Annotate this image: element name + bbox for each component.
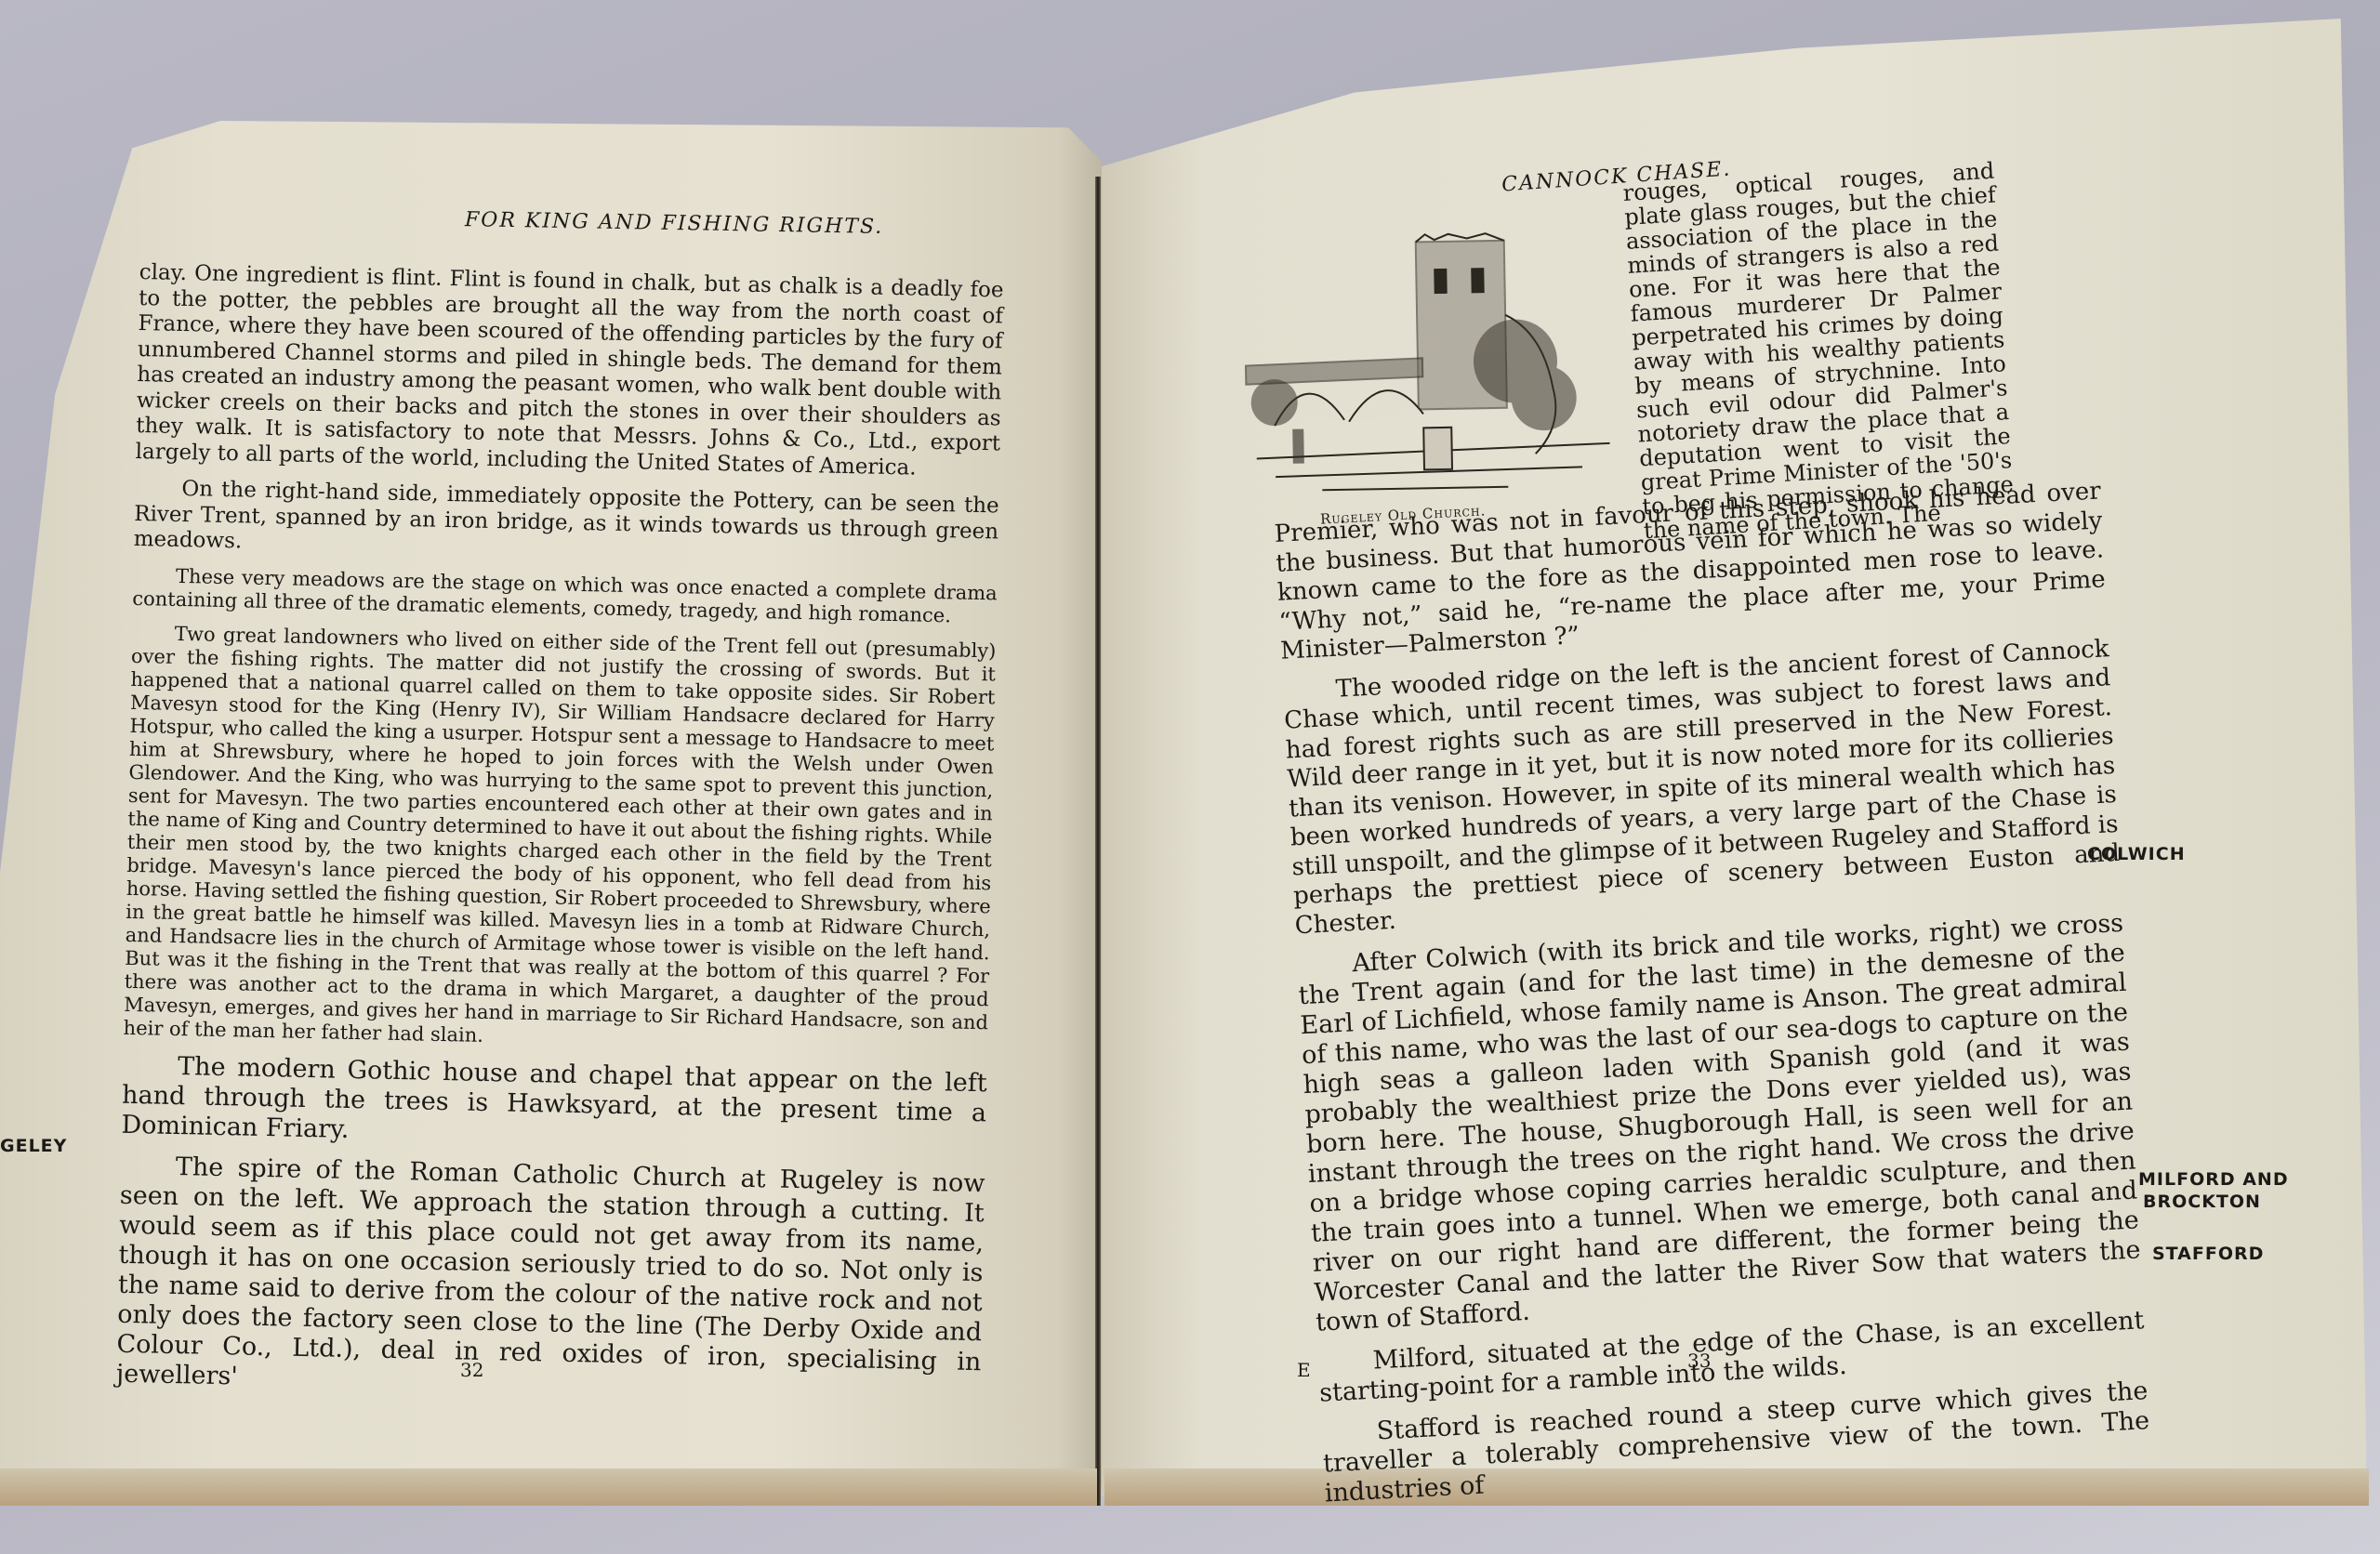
church-illustration	[1234, 219, 1647, 506]
paragraph: clay. One ingredient is flint. Flint is …	[135, 260, 1003, 482]
right-body-text: Premier, who was not in favour of this s…	[1274, 477, 2152, 1520]
left-body-text: clay. One ingredient is flint. Flint is …	[115, 260, 1003, 1418]
signature-mark: E	[1297, 1359, 1311, 1381]
book-gutter	[1095, 177, 1101, 1506]
left-folio: 32	[460, 1359, 483, 1381]
margin-label-milford: MILFORD AND	[2138, 1169, 2289, 1190]
margin-label-stafford: STAFFORD	[2152, 1244, 2264, 1264]
left-page-edge	[0, 1468, 1097, 1506]
paragraph: The spire of the Roman Catholic Church a…	[116, 1151, 985, 1406]
paragraph: The wooded ridge on the left is the anci…	[1282, 635, 2122, 942]
right-folio: 33	[1687, 1350, 1711, 1372]
paragraph: These very meadows are the stage on whic…	[132, 563, 998, 627]
margin-label-brockton: BROCKTON	[2143, 1192, 2261, 1212]
paragraph: After Colwich (with its brick and tile w…	[1296, 909, 2143, 1338]
paragraph: On the right-hand side, immediately oppo…	[133, 476, 999, 571]
paragraph: Two great landowners who lived on either…	[123, 621, 996, 1057]
margin-label-rugeley: GELEY	[0, 1136, 67, 1156]
paragraph: The modern Gothic house and chapel that …	[121, 1050, 987, 1157]
margin-label-colwich: COLWICH	[2087, 844, 2186, 864]
